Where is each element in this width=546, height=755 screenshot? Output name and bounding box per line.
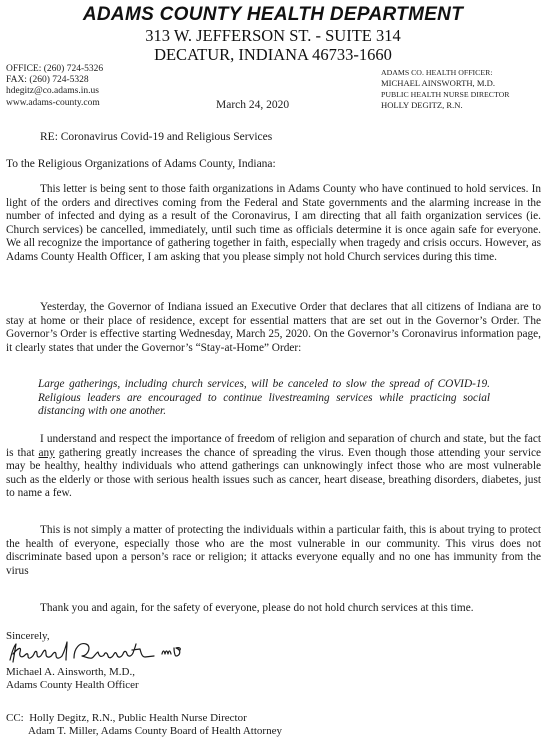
cc-label: CC: (6, 712, 24, 724)
letterhead-title: ADAMS COUNTY HEALTH DEPARTMENT (0, 4, 546, 26)
contact-block: OFFICE: (260) 724-5326 FAX: (260) 724-53… (6, 64, 103, 109)
cc-recipient-2: Adam T. Miller, Adams County Board of He… (6, 725, 282, 738)
paragraph-2: Yesterday, the Governor of Indiana issue… (6, 301, 541, 355)
cc-block: CC: Holly Degitz, R.N., Public Health Nu… (6, 712, 282, 739)
nurse-director-name: HOLLY DEGITZ, R.N. (381, 100, 509, 111)
fax-number: FAX: (260) 724-5328 (6, 75, 103, 86)
quoted-order: Large gatherings, including church servi… (38, 378, 490, 419)
cc-recipient-1: Holly Degitz, R.N., Public Health Nurse … (29, 712, 247, 724)
letter-page: ADAMS COUNTY HEALTH DEPARTMENT 313 W. JE… (0, 0, 546, 755)
paragraph-1: This letter is being sent to those faith… (6, 183, 541, 265)
emphasis-any: any (38, 447, 54, 459)
paragraph-3: I understand and respect the importance … (6, 433, 541, 501)
subject-line: RE: Coronavirus Covid-19 and Religious S… (40, 131, 272, 143)
signer-title: Adams County Health Officer (6, 679, 139, 692)
website-address: www.adams-county.com (6, 98, 103, 109)
signer-block: Michael A. Ainsworth, M.D., Adams County… (6, 666, 139, 693)
health-officer-label: ADAMS CO. HEALTH OFFICER: (381, 67, 509, 78)
salutation: To the Religious Organizations of Adams … (6, 158, 276, 170)
signer-name: Michael A. Ainsworth, M.D., (6, 666, 139, 679)
paragraph-4: This is not simply a matter of protectin… (6, 524, 541, 578)
nurse-director-label: PUBLIC HEALTH NURSE DIRECTOR (381, 89, 509, 100)
paragraph-5: Thank you and again, for the safety of e… (6, 602, 541, 616)
officers-block: ADAMS CO. HEALTH OFFICER: MICHAEL AINSWO… (381, 67, 509, 111)
office-phone: OFFICE: (260) 724-5326 (6, 64, 103, 75)
letterhead-address-city: DECATUR, INDIANA 46733-1660 (0, 45, 546, 65)
paragraph-3-end: gathering greatly increases the chance o… (6, 447, 541, 500)
letterhead-address-street: 313 W. JEFFERSON ST. - SUITE 314 (0, 26, 546, 46)
health-officer-name: MICHAEL AINSWORTH, M.D. (381, 78, 509, 89)
email-address: hdegitz@co.adams.in.us (6, 86, 103, 97)
letter-date: March 24, 2020 (216, 99, 289, 111)
